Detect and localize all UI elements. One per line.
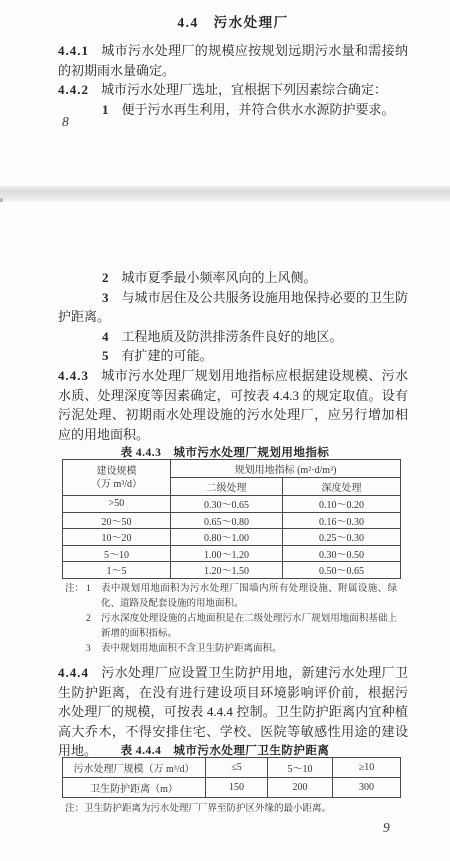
list-item-5: 5有扩建的可能。	[58, 346, 408, 366]
table-cell: 5～10	[63, 545, 171, 562]
table-cell: 1.20～1.50	[171, 562, 283, 579]
table-444-title: 表 4.4.4 城市污水处理厂卫生防护距离	[0, 742, 450, 758]
table-444-note: 注： 卫生防护距离为污水处理厂厂界至防护区外缘的最小距离。	[65, 802, 397, 817]
clause-4-4-1: 4.4.1城市污水处理厂的规模应按规划远期污水量和需接纳的初期雨水量确定。	[58, 41, 408, 80]
table-cell: 0.16～0.30	[283, 512, 401, 529]
note-label: 注：	[65, 802, 84, 817]
note-text: 表中规划用地面积不含卫生防护距离面积。	[101, 642, 397, 657]
table-row: 卫生防护距离（m） 150 200 300	[63, 778, 401, 798]
clause-4-4-2: 4.4.2城市污水处理厂选址，宜根据下列因素综合确定：	[58, 80, 408, 100]
header-cell-indicator: 规划用地指标 (m²·d/m³)	[171, 460, 401, 478]
table-row: 10～20 0.80～1.00 0.25～0.30	[63, 529, 401, 546]
list-item-4: 4工程地质及防洪排涝条件良好的地区。	[58, 327, 408, 347]
table-cell: 200	[268, 778, 333, 798]
table-cell: 0.50～0.65	[283, 562, 401, 579]
note-text: 污水深度处理设施的占地面积是在二级处理污水厂规划用地面积基础上新增的面积指标。	[101, 612, 397, 642]
land-use-indicator-table: 建设规模 （万 m³/d） 规划用地指标 (m²·d/m³) 二级处理 深度处理…	[62, 459, 401, 579]
page-8: 4.4 污水处理厂 4.4.1城市污水处理厂的规模应按规划远期污水量和需接纳的初…	[0, 0, 450, 186]
note-row: 3 表中规划用地面积不含卫生防护距离面积。	[65, 642, 397, 657]
clause-number: 4.4.3	[58, 368, 89, 383]
table-row: 20～50 0.65～0.80 0.16～0.30	[63, 512, 401, 529]
table-cell: 1～5	[63, 562, 171, 579]
note-number: 2	[86, 612, 101, 642]
clause-4-4-3: 4.4.3城市污水处理厂规划用地指标应根据建设规模、污水水质、处理深度等因素确定…	[58, 366, 408, 444]
subheader-secondary: 二级处理	[171, 478, 283, 496]
table-row: 1～5 1.20～1.50 0.50～0.65	[63, 562, 401, 579]
table-cell: 300	[333, 778, 401, 798]
item-text: 城市夏季最小频率风向的上风侧。	[122, 270, 317, 285]
table-cell: 0.80～1.00	[171, 529, 283, 546]
clause-number: 4.4.1	[58, 43, 89, 58]
header-cell-scale: 建设规模 （万 m³/d）	[63, 460, 171, 496]
clause-number: 4.4.4	[58, 665, 89, 680]
page-edge-shadow	[0, 186, 450, 202]
item-number: 1	[102, 102, 109, 117]
note-row: 2 污水深度处理设施的占地面积是在二级处理污水厂规划用地面积基础上新增的面积指标…	[65, 612, 397, 642]
table-header-row: 建设规模 （万 m³/d） 规划用地指标 (m²·d/m³)	[63, 460, 401, 478]
table-cell: 20～50	[63, 512, 171, 529]
header-line: 建设规模	[65, 465, 168, 478]
table-cell: 污水处理厂规模（万 m³/d）	[63, 758, 206, 778]
table-cell: 0.30～0.50	[283, 545, 401, 562]
table-cell: 150	[206, 778, 268, 798]
clause-number: 4.4.2	[58, 82, 89, 97]
table-cell: 0.30～0.65	[171, 496, 283, 513]
note-text: 表中规划用地面积为污水处理厂围墙内所有处理设施、附属设施、绿化、道路及配套设施的…	[101, 582, 397, 612]
table-cell: >50	[63, 496, 171, 513]
table-cell: ≤5	[206, 758, 268, 778]
section-heading: 4.4 污水处理厂	[58, 0, 408, 31]
table-443-notes: 注： 1 表中规划用地面积为污水处理厂围墙内所有处理设施、附属设施、绿化、道路及…	[65, 582, 397, 657]
protection-distance-table: 污水处理厂规模（万 m³/d） ≤5 5～10 ≥10 卫生防护距离（m） 15…	[62, 757, 401, 798]
list-item-1: 1便于污水再生利用，并符合供水水源防护要求。	[58, 100, 408, 120]
item-number: 5	[102, 348, 109, 363]
clause-text: 城市污水处理厂规划用地指标应根据建设规模、污水水质、处理深度等因素确定，可按表 …	[58, 368, 408, 442]
list-item-2: 2城市夏季最小频率风向的上风侧。	[58, 268, 408, 288]
note-text: 卫生防护距离为污水处理厂厂界至防护区外缘的最小距离。	[84, 802, 397, 817]
list-items-2-5: 2城市夏季最小频率风向的上风侧。 3与城市居住及公共服务设施用地保持必要的卫生防…	[58, 268, 408, 366]
item-number: 3	[102, 290, 109, 305]
item-text: 工程地质及防洪排涝条件良好的地区。	[122, 329, 343, 344]
note-row: 注： 1 表中规划用地面积为污水处理厂围墙内所有处理设施、附属设施、绿化、道路及…	[65, 582, 397, 612]
item-number: 2	[102, 270, 109, 285]
note-number: 1	[86, 582, 101, 612]
list-item-3: 3与城市居住及公共服务设施用地保持必要的卫生防护距离。	[58, 288, 408, 327]
item-text: 与城市居住及公共服务设施用地保持必要的卫生防护距离。	[58, 290, 408, 325]
table-cell: 5～10	[268, 758, 333, 778]
item-text: 便于污水再生利用，并符合供水水源防护要求。	[122, 102, 395, 117]
header-line: （万 m³/d）	[65, 478, 168, 491]
table-443-title: 表 4.4.3 城市污水处理厂规划用地指标	[0, 444, 450, 460]
clause-text: 城市污水处理厂的规模应按规划远期污水量和需接纳的初期雨水量确定。	[58, 43, 408, 78]
table-cell: 0.25～0.30	[283, 529, 401, 546]
clause-text: 城市污水处理厂选址，宜根据下列因素综合确定：	[101, 82, 387, 97]
table-cell: 卫生防护距离（m）	[63, 778, 206, 798]
table-cell: 0.10～0.20	[283, 496, 401, 513]
table-row: 5～10 1.00～1.20 0.30～0.50	[63, 545, 401, 562]
scanned-document: 4.4 污水处理厂 4.4.1城市污水处理厂的规模应按规划远期污水量和需接纳的初…	[0, 0, 450, 861]
table-cell: 0.65～0.80	[171, 512, 283, 529]
table-cell: 1.00～1.20	[171, 545, 283, 562]
page-number-9: 9	[383, 820, 390, 836]
table-row: 污水处理厂规模（万 m³/d） ≤5 5～10 ≥10	[63, 758, 401, 778]
note-number: 3	[86, 642, 101, 657]
table-row: >50 0.30～0.65 0.10～0.20	[63, 496, 401, 513]
item-text: 有扩建的可能。	[122, 348, 213, 363]
item-number: 4	[102, 329, 109, 344]
note-label	[65, 642, 86, 657]
note-label: 注：	[65, 582, 86, 612]
note-label	[65, 612, 86, 642]
table-cell: ≥10	[333, 758, 401, 778]
subheader-advanced: 深度处理	[283, 478, 401, 496]
table-cell: 10～20	[63, 529, 171, 546]
page-9: 2城市夏季最小频率风向的上风侧。 3与城市居住及公共服务设施用地保持必要的卫生防…	[0, 202, 450, 861]
page-number-8: 8	[62, 114, 69, 130]
